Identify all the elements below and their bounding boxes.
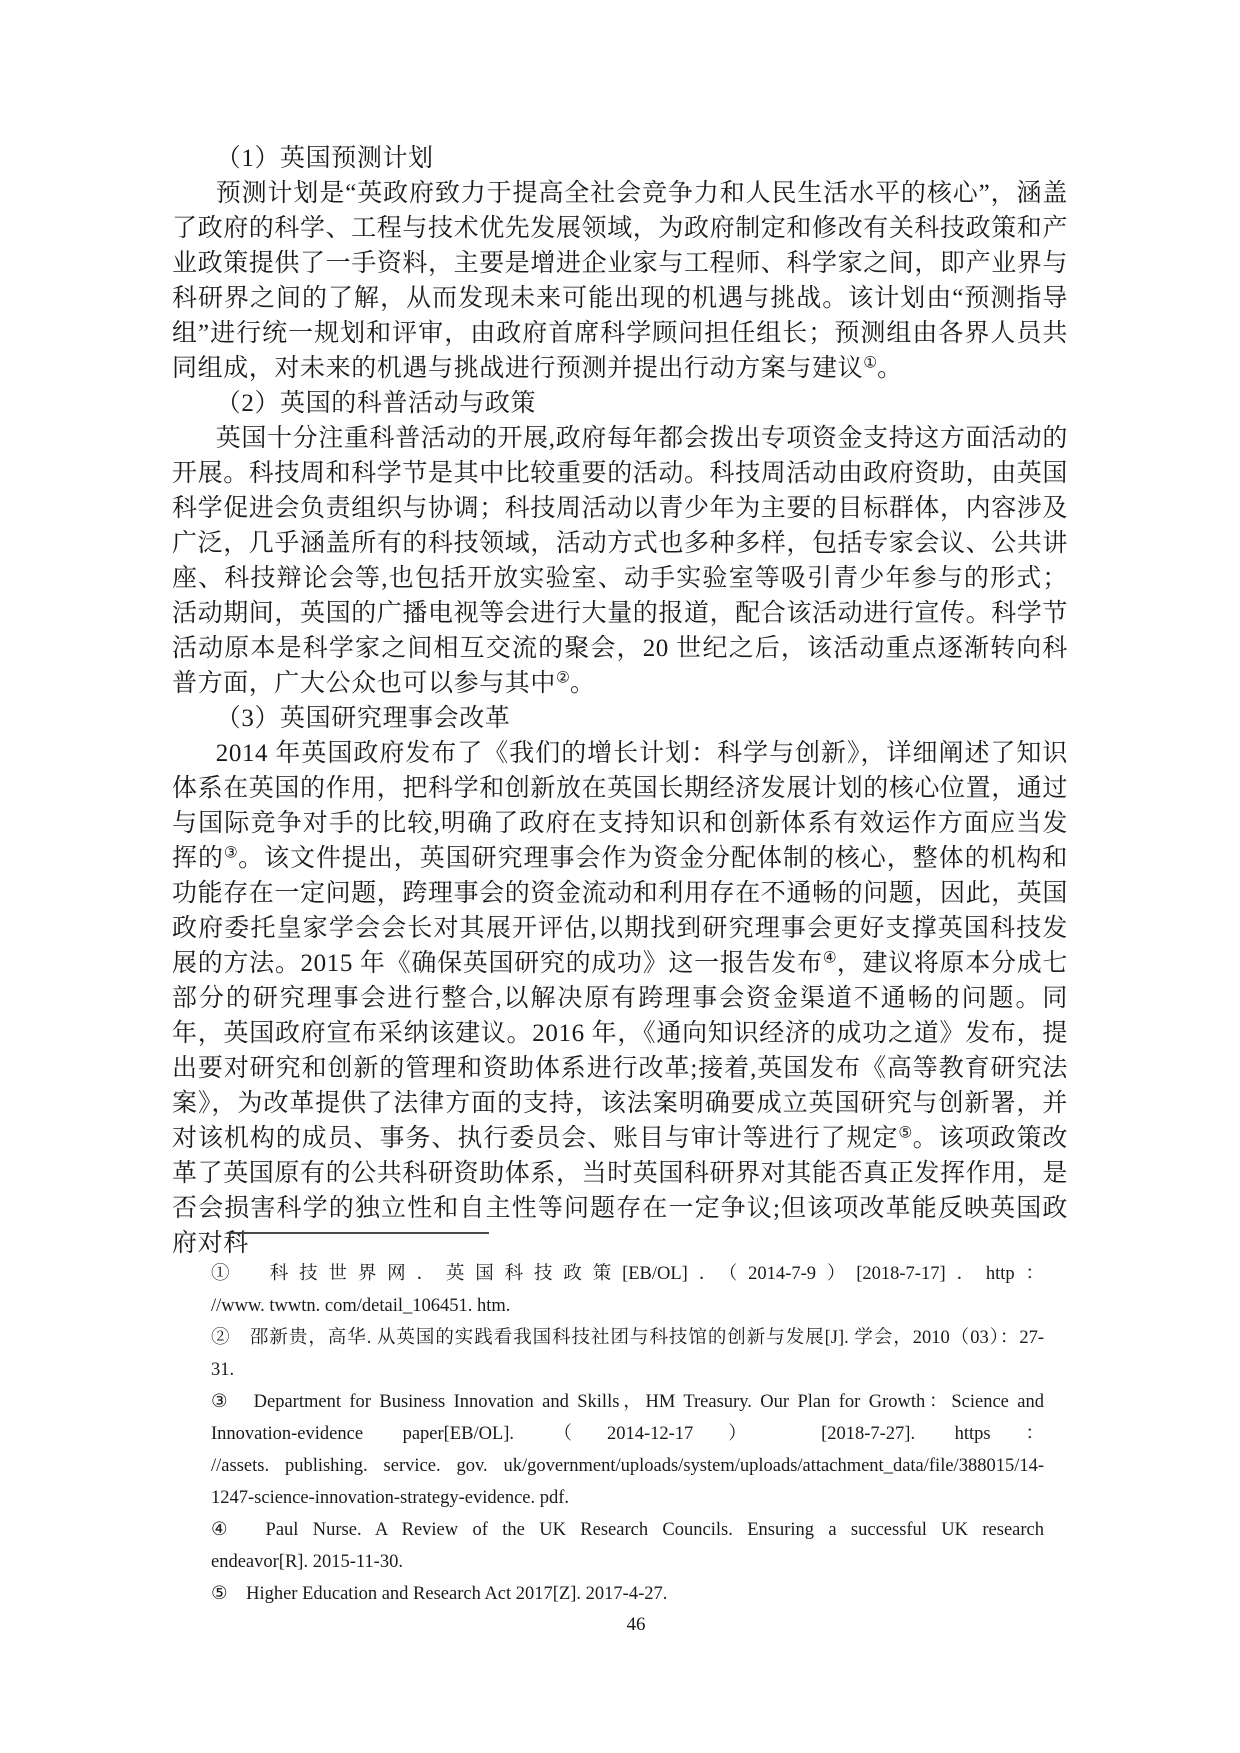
footnote-line: Innovation-evidence paper[EB/OL]. （2014-… — [211, 1418, 1044, 1450]
footnotes: ① 科技世界网．英国科技政策[EB/OL]．（2014-7-9）[2018-7-… — [211, 1258, 1044, 1610]
footnote-separator — [227, 1232, 489, 1234]
document-page: （1）英国预测计划 预测计划是“英政府致力于提高全社会竞争力和人民生活水平的核心… — [0, 0, 1240, 1753]
footnote-line: //www. twwtn. com/detail_106451. htm. — [211, 1290, 1044, 1322]
text-run: 。 — [570, 670, 596, 697]
text-run: 。 — [877, 355, 903, 382]
section-heading-3: （3）英国研究理事会改革 — [172, 701, 1068, 736]
main-text: （1）英国预测计划 预测计划是“英政府致力于提高全社会竞争力和人民生活水平的核心… — [172, 141, 1068, 1261]
footnote-line: //assets. publishing. service. gov. uk/g… — [211, 1450, 1044, 1482]
section-paragraph-1: 预测计划是“英政府致力于提高全社会竞争力和人民生活水平的核心”，涵盖了政府的科学… — [172, 176, 1068, 386]
text-run: 预测计划是“英政府致力于提高全社会竞争力和人民生活水平的核心”，涵盖了政府的科学… — [172, 180, 1068, 382]
footnote-line: ③ Department for Business Innovation and… — [211, 1386, 1044, 1418]
text-run: ，建议将原本分成七部分的研究理事会进行整合,以解决原有跨理事会资金渠道不通畅的问… — [172, 950, 1068, 1152]
page-number: 46 — [0, 1611, 1240, 1639]
footnote-line: ④ Paul Nurse. A Review of the UK Researc… — [211, 1514, 1044, 1546]
footnote-line: endeavor[R]. 2015-11-30. — [211, 1546, 1044, 1578]
footnote-line: ① 科技世界网．英国科技政策[EB/OL]．（2014-7-9）[2018-7-… — [211, 1258, 1044, 1290]
footnote-marker: ④ — [823, 949, 837, 966]
footnote-marker: ① — [863, 354, 877, 371]
section-heading-1: （1）英国预测计划 — [172, 141, 1068, 176]
footnote-line: 1247-science-innovation-strategy-evidenc… — [211, 1482, 1044, 1514]
footnote-line: ② 邵新贵，高华. 从英国的实践看我国科技社团与科技馆的创新与发展[J]. 学会… — [211, 1322, 1044, 1354]
footnote-line: ⑤ Higher Education and Research Act 2017… — [211, 1578, 1044, 1610]
section-paragraph-3: 2014 年英国政府发布了《我们的增长计划：科学与创新》，详细阐述了知识体系在英… — [172, 736, 1068, 1261]
footnote-marker: ③ — [224, 844, 238, 861]
footnote-marker: ② — [556, 669, 570, 686]
text-run: 英国十分注重科普活动的开展,政府每年都会拨出专项资金支持这方面活动的开展。科技周… — [172, 425, 1068, 697]
section-heading-2: （2）英国的科普活动与政策 — [172, 386, 1068, 421]
section-paragraph-2: 英国十分注重科普活动的开展,政府每年都会拨出专项资金支持这方面活动的开展。科技周… — [172, 421, 1068, 701]
footnote-marker: ⑤ — [898, 1124, 912, 1141]
footnote-line: 31. — [211, 1354, 1044, 1386]
